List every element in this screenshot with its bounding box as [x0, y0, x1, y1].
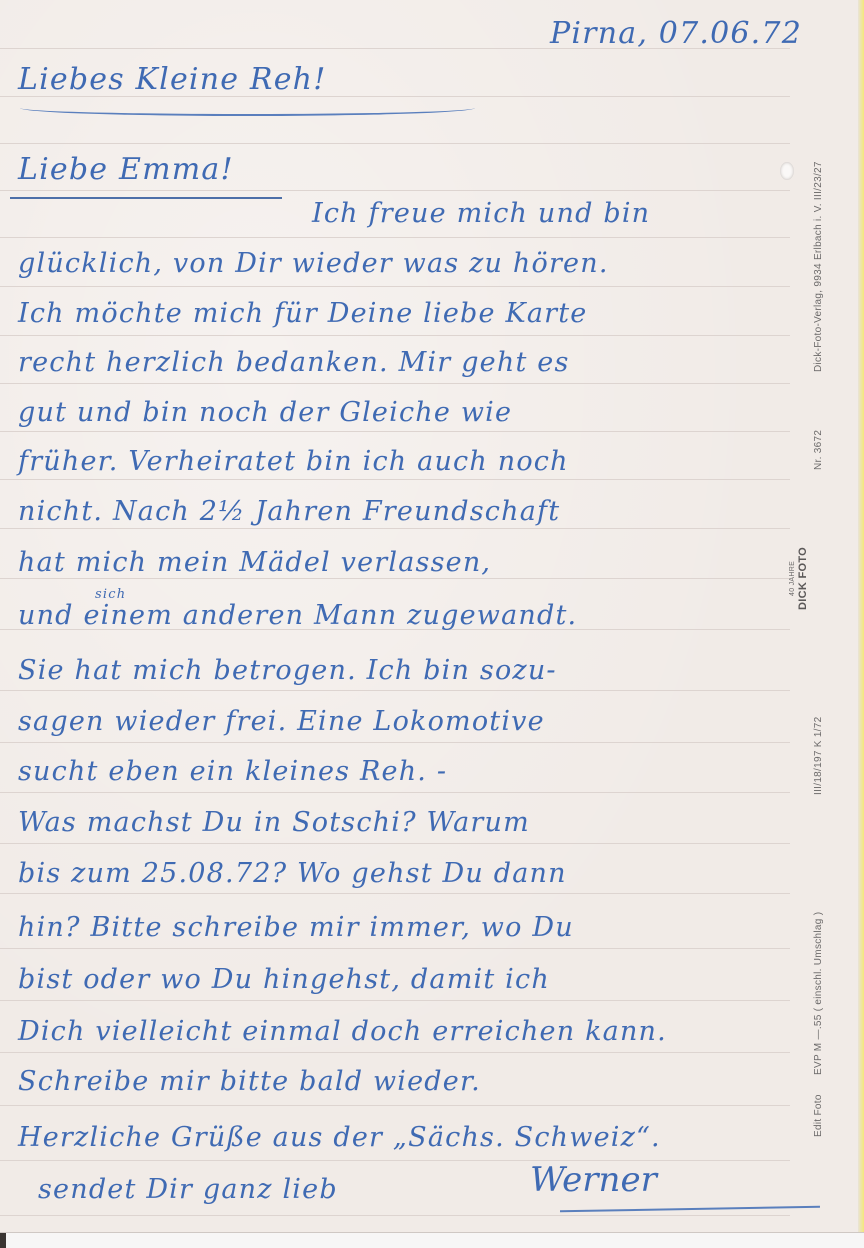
ruled-line: [0, 335, 790, 336]
ruled-line: [0, 1105, 790, 1106]
body-line: Ich freue mich und bin: [312, 198, 650, 229]
ruled-line: [0, 690, 790, 691]
body-line: Was machst Du in Sotschi? Warum: [18, 807, 530, 838]
ruled-line: [0, 843, 790, 844]
body-line: Ich möchte mich für Deine liebe Karte: [18, 298, 587, 329]
body-line: Dich vielleicht einmal doch erreichen ka…: [18, 1016, 667, 1047]
body-line: hat mich mein Mädel verlassen,: [18, 547, 491, 578]
ruled-line: [0, 190, 790, 191]
ruled-line: [0, 1052, 790, 1053]
salutation-underline: [20, 100, 475, 116]
publisher-logo: DICK FOTO: [797, 547, 809, 610]
ruled-line: [0, 143, 790, 144]
body-line: und einem anderen Mann zugewandt.: [18, 600, 577, 631]
body-line: gut und bin noch der Gleiche wie: [18, 397, 512, 428]
ruled-line: [0, 528, 790, 529]
signature-underline: [560, 1206, 820, 1214]
paper-edge: [858, 0, 864, 1232]
ruled-line: [0, 1160, 790, 1161]
card-number: Nr. 3672: [813, 430, 824, 470]
ruled-line: [0, 431, 790, 432]
body-line: Schreibe mir bitte bald wieder.: [18, 1066, 481, 1097]
body-line: Sie hat mich betrogen. Ich bin sozu-: [18, 655, 557, 686]
body-line: früher. Verheiratet bin ich auch noch: [18, 446, 569, 477]
ruled-line: [0, 286, 790, 287]
body-line: hin? Bitte schreibe mir immer, wo Du: [18, 912, 574, 943]
ruled-line: [0, 1215, 790, 1216]
body-line: Herzliche Grüße aus der „Sächs. Schweiz“…: [18, 1122, 661, 1153]
ruled-line: [0, 479, 790, 480]
salutation-underline: [10, 197, 282, 200]
print-code: III/18/197 K 1/72: [813, 717, 824, 796]
pin-hole: [780, 162, 794, 180]
body-line: nicht. Nach 2½ Jahren Freundschaft: [18, 496, 560, 527]
postcard-paper: Pirna, 07.06.72 Liebes Kleine Reh! Liebe…: [0, 0, 858, 1232]
body-line: sagen wieder frei. Eine Lokomotive: [18, 706, 545, 737]
body-line: glücklich, von Dir wieder was zu hören.: [18, 248, 609, 279]
logo-anniversary: 40 JAHRE: [789, 561, 796, 596]
scan-background: [0, 1232, 864, 1248]
body-line: sucht eben ein kleines Reh. -: [18, 756, 447, 787]
salutation-primary: Liebes Kleine Reh!: [18, 62, 326, 97]
ruled-line: [0, 383, 790, 384]
salutation-secondary: Liebe Emma!: [18, 152, 234, 187]
ruled-line: [0, 893, 790, 894]
ruled-line: [0, 948, 790, 949]
signature: Werner: [530, 1160, 657, 1200]
body-line: bist oder wo Du hingehst, damit ich: [18, 964, 550, 995]
ruled-line: [0, 578, 790, 579]
ruled-line: [0, 237, 790, 238]
photo-credit: Edit Foto: [813, 1094, 824, 1137]
ruled-line: [0, 792, 790, 793]
date-line: Pirna, 07.06.72: [550, 16, 802, 51]
closing-line: sendet Dir ganz lieb: [38, 1174, 338, 1205]
body-line: recht herzlich bedanken. Mir geht es: [18, 347, 570, 378]
price-imprint: EVP M —.55 ( einschl. Umschlag ): [813, 912, 824, 1075]
ruled-line: [0, 742, 790, 743]
ruled-line: [0, 1000, 790, 1001]
body-line: bis zum 25.08.72? Wo gehst Du dann: [18, 858, 567, 889]
publisher-imprint: Dick-Foto-Verlag, 9934 Erlbach i. V. III…: [813, 161, 824, 372]
